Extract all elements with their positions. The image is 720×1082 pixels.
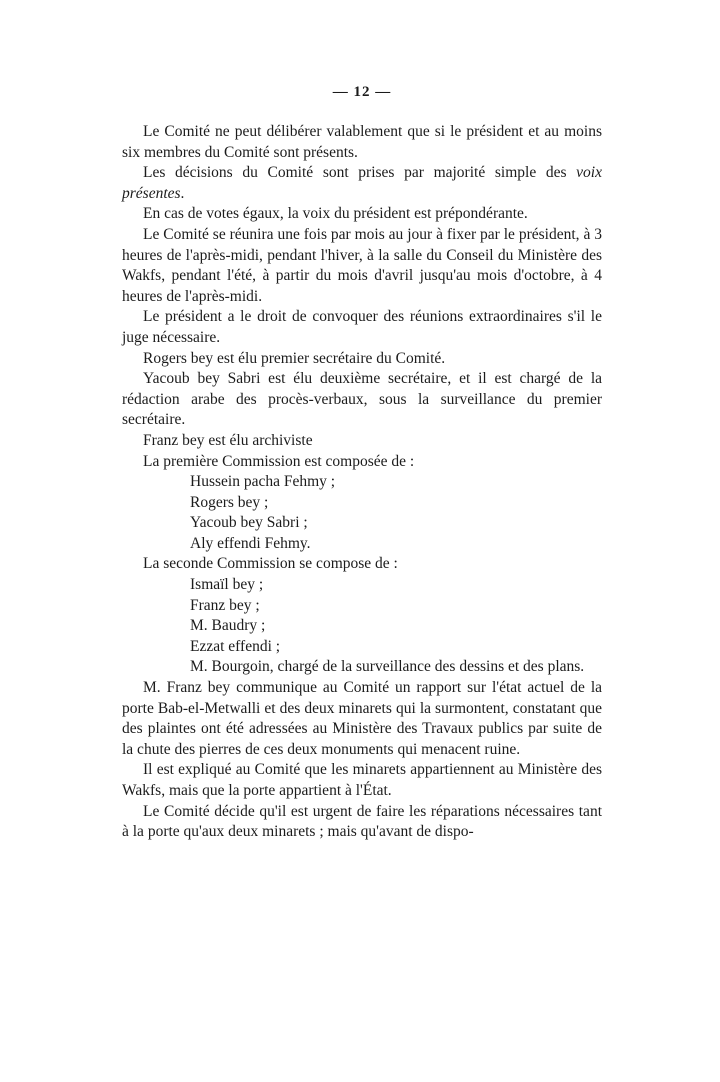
list-item: Franz bey ; bbox=[190, 596, 602, 617]
list-item: Aly effendi Fehmy. bbox=[190, 534, 602, 555]
paragraph: En cas de votes égaux, la voix du présid… bbox=[122, 204, 602, 225]
commission2-heading: La seconde Commission se compose de : bbox=[122, 554, 602, 575]
list-item: Rogers bey ; bbox=[190, 493, 602, 514]
paragraph: Franz bey est élu archiviste bbox=[122, 431, 602, 452]
paragraph: Le Comité se réunira une fois par mois a… bbox=[122, 225, 602, 307]
list-item: Yacoub bey Sabri ; bbox=[190, 513, 602, 534]
paragraph: Le Comité ne peut délibérer valablement … bbox=[122, 122, 602, 163]
list-item: M. Bourgoin, chargé de la surveillance d… bbox=[122, 657, 602, 678]
list-item: M. Baudry ; bbox=[190, 616, 602, 637]
page: — 12 — Le Comité ne peut délibérer valab… bbox=[122, 84, 602, 843]
list-item: Ismaïl bey ; bbox=[190, 575, 602, 596]
paragraph: Yacoub bey Sabri est élu deuxième secrét… bbox=[122, 369, 602, 431]
paragraph: M. Franz bey communique au Comité un rap… bbox=[122, 678, 602, 760]
paragraph: Rogers bey est élu premier secrétaire du… bbox=[122, 349, 602, 370]
paragraph: Les décisions du Comité sont prises par … bbox=[122, 163, 602, 204]
list-item: Ezzat effendi ; bbox=[190, 637, 602, 658]
paragraph: Le président a le droit de convoquer des… bbox=[122, 307, 602, 348]
paragraph: Le Comité décide qu'il est urgent de fai… bbox=[122, 802, 602, 843]
paragraph-text: . bbox=[181, 185, 185, 202]
commission1-heading: La première Commission est composée de : bbox=[122, 452, 602, 473]
scanned-document-page: { "page": { "header": "— 12 —" }, "parag… bbox=[0, 0, 720, 1082]
page-body-text: Le Comité ne peut délibérer valablement … bbox=[122, 122, 602, 843]
page-number: — 12 — bbox=[122, 84, 602, 100]
paragraph: Il est expliqué au Comité que les minare… bbox=[122, 760, 602, 801]
list-item: Hussein pacha Fehmy ; bbox=[190, 472, 602, 493]
paragraph-text: Les décisions du Comité sont prises par … bbox=[143, 164, 576, 181]
